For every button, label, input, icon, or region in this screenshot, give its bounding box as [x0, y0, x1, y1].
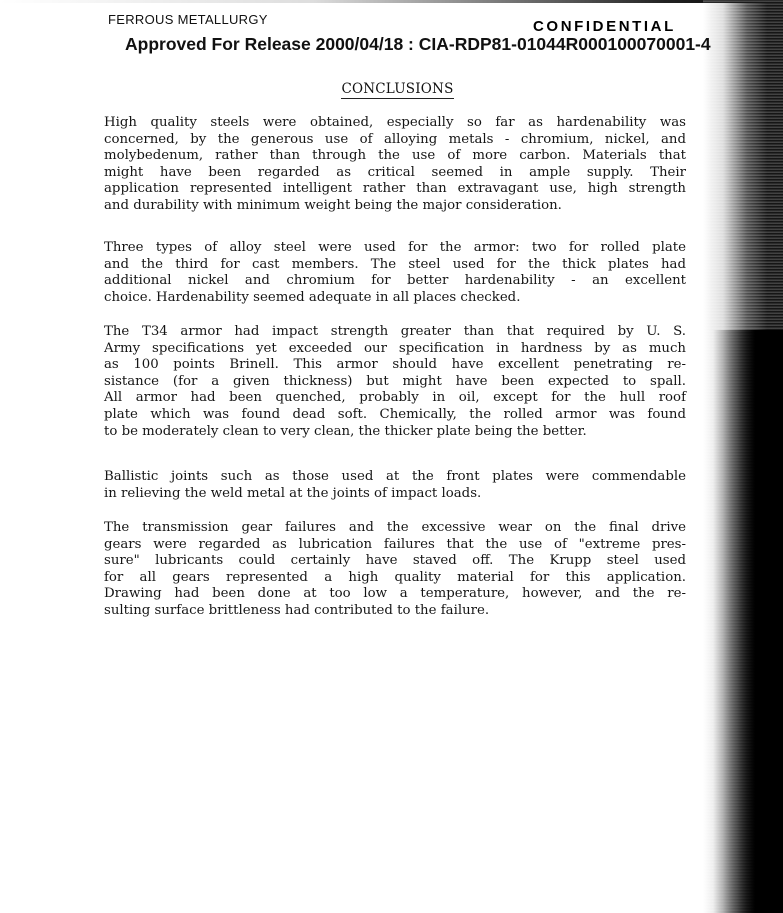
- text-line: gears were regarded as lubrication failu…: [104, 537, 686, 554]
- text-line: plate which was found dead soft. Chemica…: [104, 407, 686, 424]
- text-line: and the third for cast members. The stee…: [104, 257, 686, 274]
- text-line: concerned, by the generous use of alloyi…: [104, 132, 686, 149]
- paragraph-alloys: High quality steels were obtained, espec…: [104, 115, 686, 215]
- text-line: choice. Hardenability seemed adequate in…: [104, 290, 686, 307]
- paragraph-t34-armor: The T34 armor had impact strength greate…: [104, 324, 686, 440]
- text-line: Drawing had been done at too low a tempe…: [104, 586, 686, 603]
- section-header: FERROUS METALLURGY: [108, 12, 268, 27]
- text-line: All armor had been quenched, probably in…: [104, 390, 686, 407]
- text-line: as 100 points Brinell. This armor should…: [104, 357, 686, 374]
- text-line: sulting surface brittleness had contribu…: [104, 603, 686, 620]
- scan-top-border: [0, 0, 783, 3]
- text-line: Ballistic joints such as those used at t…: [104, 469, 686, 486]
- text-line: Three types of alloy steel were used for…: [104, 240, 686, 257]
- paragraph-ballistic-joints: Ballistic joints such as those used at t…: [104, 469, 686, 502]
- text-line: molybedenum, rather than through the use…: [104, 148, 686, 165]
- text-line: High quality steels were obtained, espec…: [104, 115, 686, 132]
- text-line: to be moderately clean to very clean, th…: [104, 424, 686, 441]
- release-stamp: Approved For Release 2000/04/18 : CIA-RD…: [125, 34, 711, 55]
- text-line: additional nickel and chromium for bette…: [104, 273, 686, 290]
- paragraph-transmission-gears: The transmission gear failures and the e…: [104, 520, 686, 620]
- text-line: application represented intelligent rath…: [104, 181, 686, 198]
- paragraph-armor-types: Three types of alloy steel were used for…: [104, 240, 686, 306]
- text-line: sure" lubricants could certainly have st…: [104, 553, 686, 570]
- text-line: in relieving the weld metal at the joint…: [104, 486, 686, 503]
- text-line: and durability with minimum weight being…: [104, 198, 686, 215]
- text-line: might have been regarded as critical see…: [104, 165, 686, 182]
- page-title-wrap: CONCLUSIONS: [0, 80, 783, 98]
- text-line: The T34 armor had impact strength greate…: [104, 324, 686, 341]
- scan-edge-shadow-lower: [713, 330, 783, 913]
- text-line: for all gears represented a high quality…: [104, 570, 686, 587]
- classification-stamp: CONFIDENTIAL: [533, 18, 676, 35]
- text-line: sistance (for a given thickness) but mig…: [104, 374, 686, 391]
- page-title: CONCLUSIONS: [341, 81, 453, 99]
- text-line: Army specifications yet exceeded our spe…: [104, 341, 686, 358]
- text-line: The transmission gear failures and the e…: [104, 520, 686, 537]
